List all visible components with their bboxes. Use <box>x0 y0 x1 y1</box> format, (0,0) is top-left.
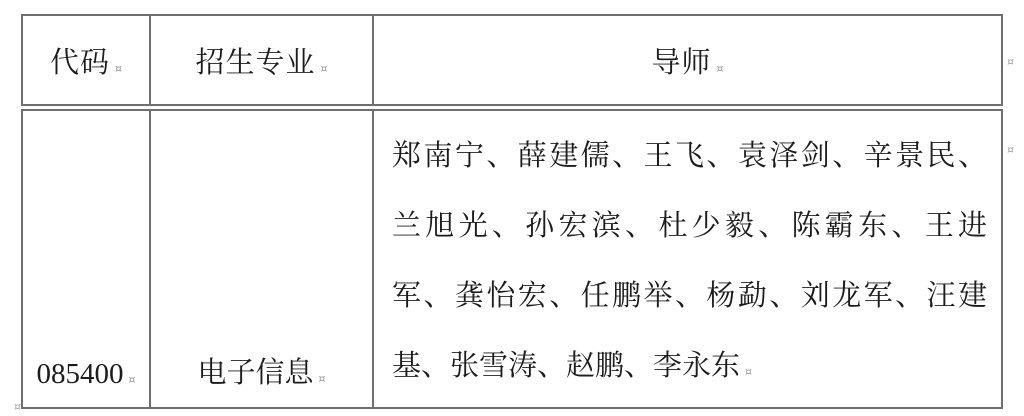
document-page: 代码¤ 招生专业¤ 导师¤ 085400¤ 电子信息¤ 郑南宁、薛建儒、 <box>0 0 1024 416</box>
supervisors-line-4-text: 基、张雪涛、赵鹏、李永东 <box>392 350 740 382</box>
supervisors-line-3: 军、龚怡宏、任鹏举、杨勐、刘龙军、汪建 <box>392 261 987 331</box>
header-label-supervisors: 导师 <box>651 47 711 79</box>
table-row: 085400¤ 电子信息¤ 郑南宁、薛建儒、王飞、袁泽剑、辛景民、 兰旭光、孙宏… <box>22 108 1002 409</box>
row-end-marker: ¤ <box>1007 143 1014 156</box>
admissions-table: 代码¤ 招生专业¤ 导师¤ 085400¤ 电子信息¤ 郑南宁、薛建儒、 <box>21 14 1003 409</box>
row-end-marker: ¤ <box>1007 55 1014 68</box>
cell-major: 电子信息¤ <box>150 108 373 409</box>
cell-supervisors: 郑南宁、薛建儒、王飞、袁泽剑、辛景民、 兰旭光、孙宏滨、杜少毅、陈霸东、王进 军… <box>373 108 1002 409</box>
cell-end-marker: ¤ <box>321 62 328 75</box>
cell-end-marker: ¤ <box>745 365 752 378</box>
cell-code: 085400¤ <box>22 108 150 409</box>
cell-end-marker: ¤ <box>129 373 136 386</box>
cell-end-marker: ¤ <box>319 372 326 385</box>
row-end-marker: ¤ <box>14 400 21 413</box>
major-value: 电子信息 <box>197 357 313 389</box>
cell-end-marker: ¤ <box>115 62 122 75</box>
header-label-major: 招生专业 <box>195 47 315 79</box>
supervisors-line-1: 郑南宁、薛建儒、王飞、袁泽剑、辛景民、 <box>392 121 987 191</box>
header-cell-major: 招生专业¤ <box>150 15 373 108</box>
header-cell-supervisors: 导师¤ <box>373 15 1002 108</box>
supervisors-line-2: 兰旭光、孙宏滨、杜少毅、陈霸东、王进 <box>392 191 987 261</box>
cell-end-marker: ¤ <box>717 62 724 75</box>
header-label-code: 代码 <box>50 47 110 79</box>
supervisors-line-4: 基、张雪涛、赵鹏、李永东¤ <box>392 331 987 407</box>
header-cell-code: 代码¤ <box>22 15 150 108</box>
code-value: 085400 <box>37 358 124 390</box>
header-row: 代码¤ 招生专业¤ 导师¤ <box>22 15 1002 108</box>
